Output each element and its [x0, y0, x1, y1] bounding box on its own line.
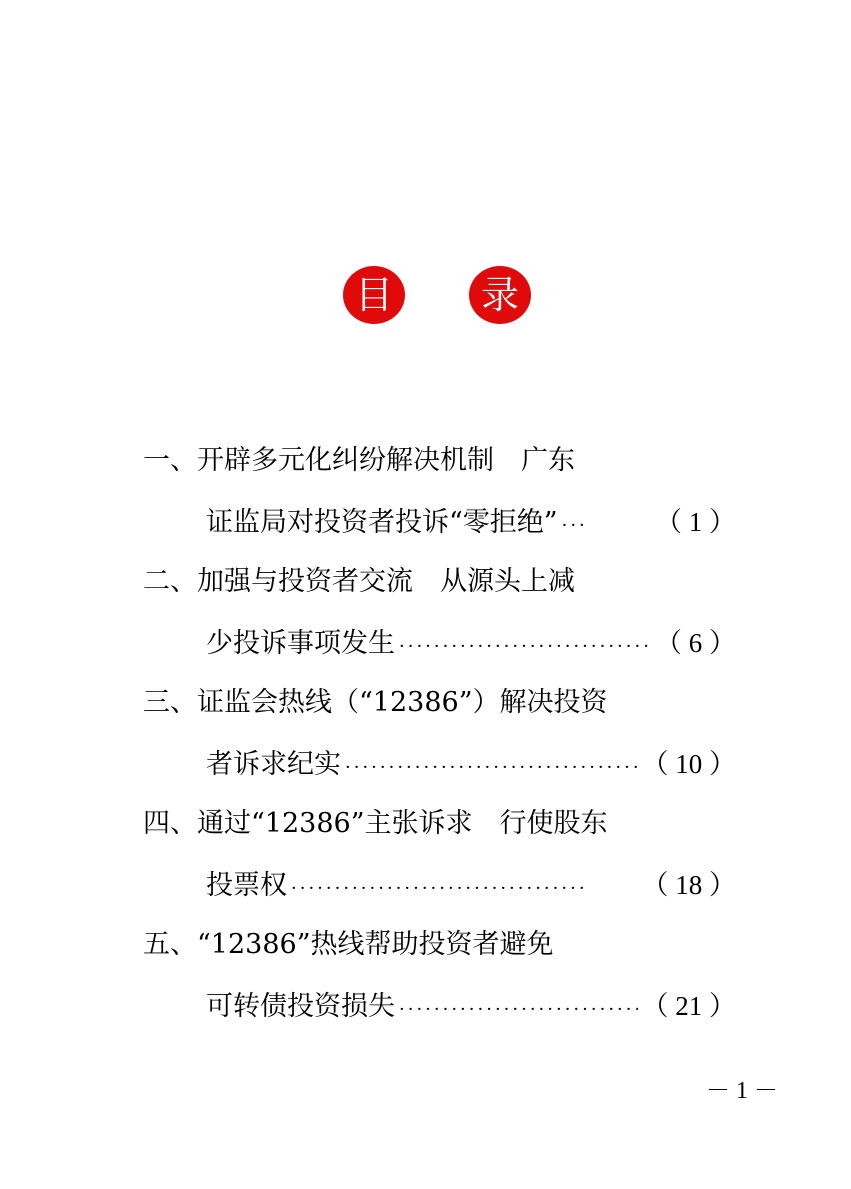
toc-page-ref: （ 10 ）	[642, 748, 737, 780]
toc-entry-text: 者诉求纪实	[206, 749, 341, 781]
toc-entry-5-subtitle: 可转债投资损失 ································…	[206, 990, 736, 1026]
toc-entry-text: 可转债投资损失	[206, 991, 395, 1023]
leader-dots: ···	[562, 510, 651, 542]
toc-entry-5-title: 五、“12386”热线帮助投资者避免	[143, 929, 554, 961]
toc-page-ref: （ 21 ）	[642, 990, 737, 1022]
toc-entry-text: 投票权	[206, 870, 287, 902]
title-badge-lu: 录	[469, 266, 531, 324]
toc-page-ref: （ 6 ）	[655, 627, 736, 659]
toc-entry-1-subtitle: 证监局对投资者投诉“零拒绝” ··· （ 1 ）	[206, 506, 736, 542]
toc-entry-2-subtitle: 少投诉事项发生 ································…	[206, 627, 736, 663]
leader-dots: ··································	[291, 873, 638, 905]
toc-entry-4-subtitle: 投票权 ·································· （…	[206, 869, 736, 905]
toc-entry-1-title: 一、开辟多元化纠纷解决机制 广东	[143, 445, 575, 477]
page-number: － 1 －	[706, 1070, 778, 1105]
toc-entry-text: 少投诉事项发生	[206, 628, 395, 660]
leader-dots: ··································	[399, 994, 638, 1026]
toc-entry-4-title: 四、通过“12386”主张诉求 行使股东	[143, 808, 608, 840]
toc-page-ref: （ 1 ）	[655, 506, 736, 538]
toc-page-ref: （ 18 ）	[642, 869, 737, 901]
toc-entry-text: 证监局对投资者投诉“零拒绝”	[206, 507, 558, 539]
toc-title: 目 录	[0, 266, 851, 326]
leader-dots: ··································	[399, 631, 651, 663]
toc-entry-3-title: 三、证监会热线（“12386”）解决投资	[143, 687, 608, 719]
toc-entry-3-subtitle: 者诉求纪实 ··································…	[206, 748, 736, 784]
title-badge-mu: 目	[343, 266, 405, 324]
toc-entry-2-title: 二、加强与投资者交流 从源头上减	[143, 566, 575, 598]
leader-dots: ··································	[345, 752, 638, 784]
